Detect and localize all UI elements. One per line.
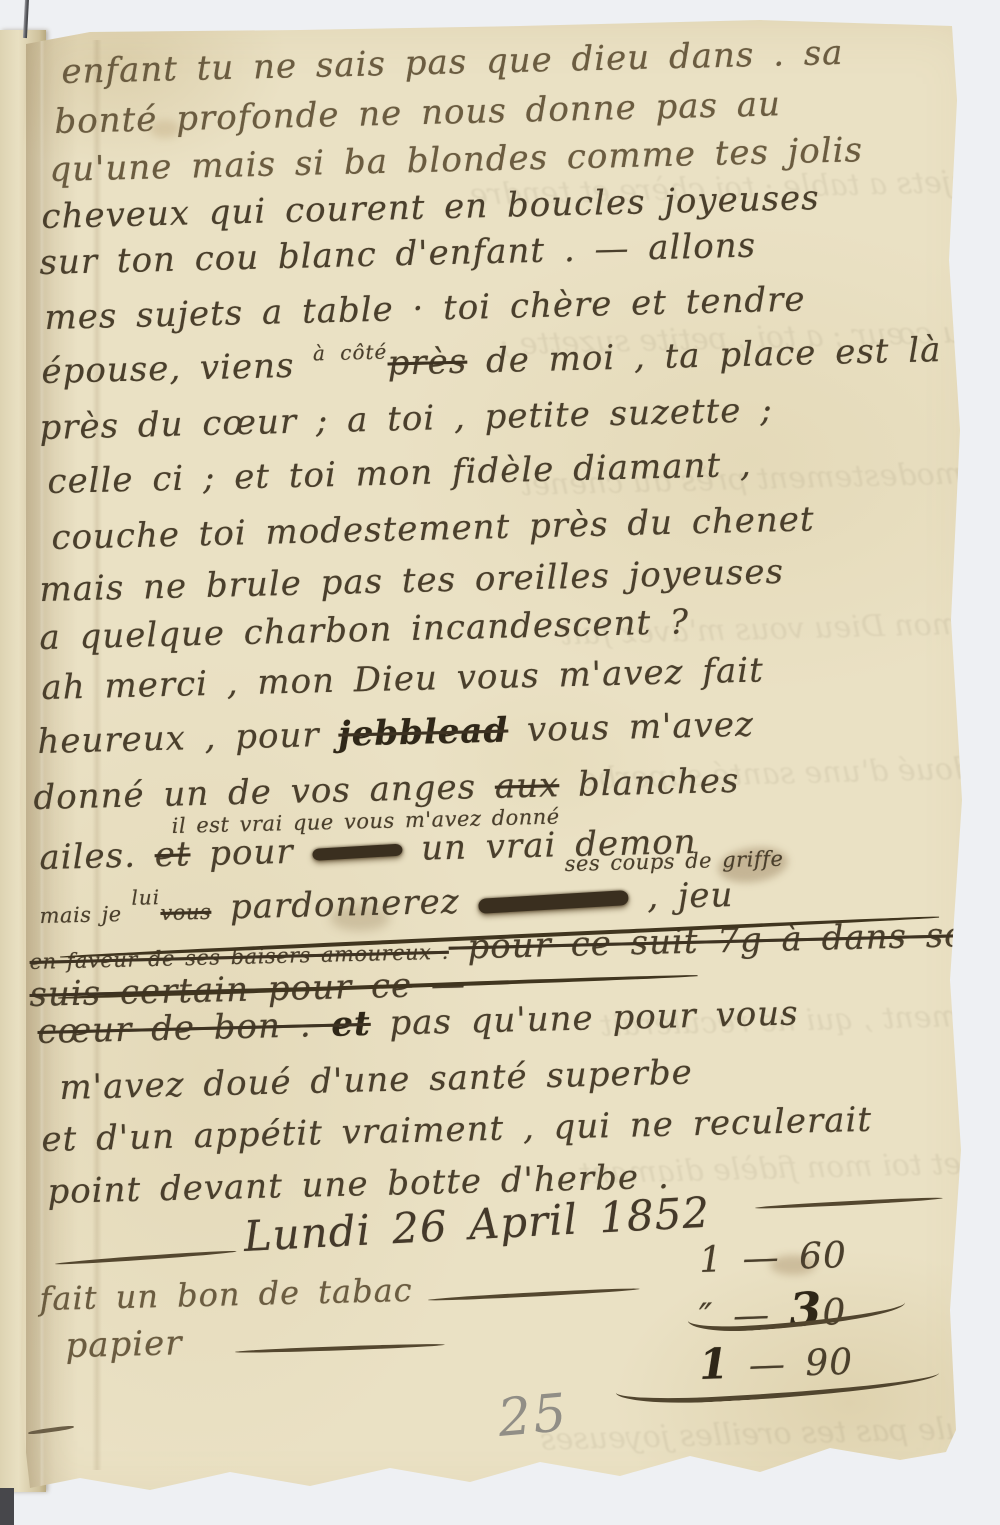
interlinear-insertion: lui [131, 885, 160, 910]
expense-label-paper: papier [65, 1323, 183, 1366]
expense-rule [235, 1343, 445, 1354]
struck-word: et [154, 834, 191, 875]
expense-amount-tobacco: 1 — 60 [699, 1235, 848, 1281]
struck-word: aux [494, 765, 559, 807]
manuscript-sheet: mes sujets a table · toi chère et tendre… [0, 0, 1000, 1525]
binding-corner [0, 1488, 14, 1525]
struck-word: jebblead [338, 711, 509, 755]
manuscript-line: près du cœur ; a toi , petite suzette ; [39, 390, 773, 448]
expense-rule [428, 1287, 640, 1302]
date-flourish-rule [755, 1196, 943, 1210]
manuscript-line: bonté profonde ne nous donne pas au [54, 84, 781, 142]
struck-word: vous [160, 900, 211, 925]
manuscript-line: et d'un appétit vraiment , qui ne recule… [41, 1100, 872, 1160]
manuscript-line: mais ne brule pas tes oreilles joyeuses [39, 552, 784, 610]
date-flourish-rule [55, 1249, 237, 1266]
scribbled-out-words [478, 890, 629, 914]
bleedthrough-text: mais ne brule pas tes oreilles joyeuses [540, 1407, 1000, 1457]
manuscript-line: m'avez doué d'une santé superbe [59, 1053, 693, 1108]
struck-word: près [387, 342, 468, 384]
page-number-pencil: 25 [496, 1383, 571, 1449]
manuscript-line: couche toi modestement près du chenet [51, 499, 815, 558]
expense-label-tobacco: fait un bon de tabac [39, 1271, 413, 1318]
manuscript-line-with-correction: heureux , pour jebblead vous m'avez [37, 705, 754, 762]
scribbled-out-word [312, 844, 403, 861]
manuscript-line: enfant tu ne sais pas que dieu dans . sa [61, 33, 844, 92]
interlinear-insertion: à côté [313, 340, 388, 366]
manuscript-line: ah merci , mon Dieu vous m'avez fait [41, 650, 764, 708]
manuscript-scan: mes sujets a table · toi chère et tendre… [0, 0, 1000, 1525]
